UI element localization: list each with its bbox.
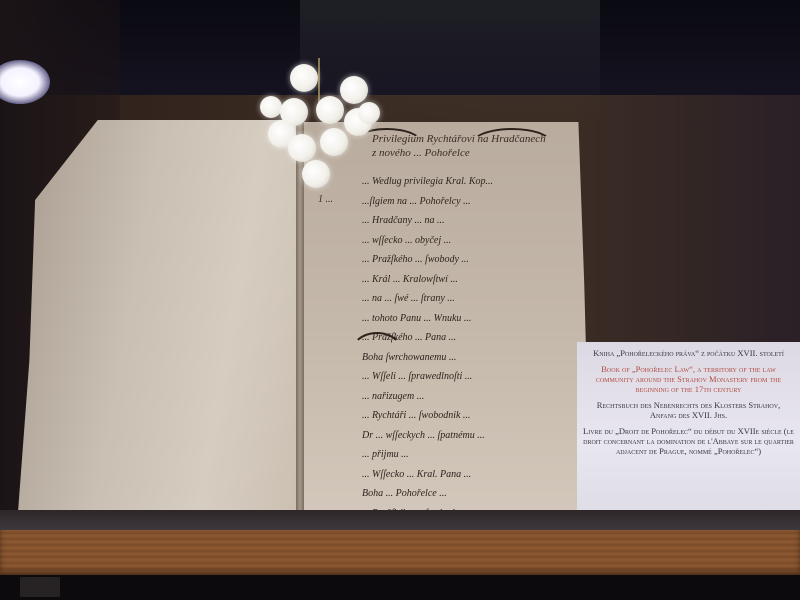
script-line: Boha ſwrchowanemu ...: [362, 348, 577, 368]
chandelier-bulb: [320, 128, 348, 156]
script-line: ... Král ... Kralowſtwí ...: [362, 270, 577, 290]
script-line: ...ſlgiem na ... Pohořelcy ...: [362, 192, 577, 212]
script-line: ... Rychtáři ... ſwobodnik ...: [362, 406, 577, 426]
chandelier-bulb: [358, 102, 380, 124]
script-line: ... tohoto Panu ... Wnuku ...: [362, 309, 577, 329]
label-german: Rechtsbuch des Nebenrechts des Klosters …: [583, 400, 794, 420]
heading-line: z nového ... Pohořelce: [372, 146, 552, 160]
script-line: ... Hradčany ... na ...: [362, 211, 577, 231]
chandelier-bulb: [288, 134, 316, 162]
script-line: ... wſſecko ... obyčej ...: [362, 231, 577, 251]
script-line: ... Wſſecko ... Kral. Pana ...: [362, 465, 577, 485]
script-line: Dr ... wſſeckych ... ſpatnému ...: [362, 426, 577, 446]
shelf-shadow: [0, 510, 800, 532]
wooden-shelf: [0, 530, 800, 575]
script-line: ... Wſſeli ... ſprawedlnoſti ...: [362, 367, 577, 387]
manuscript-heading: Privilegium Rychtářovi na Hradčanech z n…: [372, 132, 552, 160]
museum-display-scene: Privilegium Rychtářovi na Hradčanech z n…: [0, 0, 800, 600]
script-line: ... přijmu ...: [362, 445, 577, 465]
chandelier-bulb: [316, 96, 344, 124]
script-line: ... Pražſkého ... ſwobody ...: [362, 250, 577, 270]
label-english: Book of „Pohořelec Law“, a territory of …: [583, 364, 794, 394]
chandelier-bulb: [302, 160, 330, 188]
chandelier-reflection: [258, 58, 383, 190]
heading-line: Privilegium Rychtářovi na Hradčanech: [372, 132, 552, 146]
script-line: ... na ... ſwé ... ſtrany ...: [362, 289, 577, 309]
chandelier-bulb: [260, 96, 282, 118]
label-czech: Kniha „Pohořeleckého práva“ z počátku XV…: [583, 348, 794, 358]
margin-note: 1 ...: [318, 194, 333, 205]
exhibit-label-card: Kniha „Pohořeleckého práva“ z počátku XV…: [577, 342, 800, 514]
script-line: ... nařizugem ...: [362, 387, 577, 407]
script-line: Boha ... Pohořelce ...: [362, 484, 577, 504]
floor-reflection: [20, 577, 60, 597]
script-line: ... Pražſkého ... Pana ...: [362, 328, 577, 348]
script-line: ... Wedlug privilegia Kral. Kop...: [362, 172, 577, 192]
chandelier-bulb: [340, 76, 368, 104]
chandelier-bulb: [290, 64, 318, 92]
label-french: Livre du „Droit de Pohořelec“ du début d…: [583, 426, 794, 456]
case-base: [0, 575, 800, 600]
